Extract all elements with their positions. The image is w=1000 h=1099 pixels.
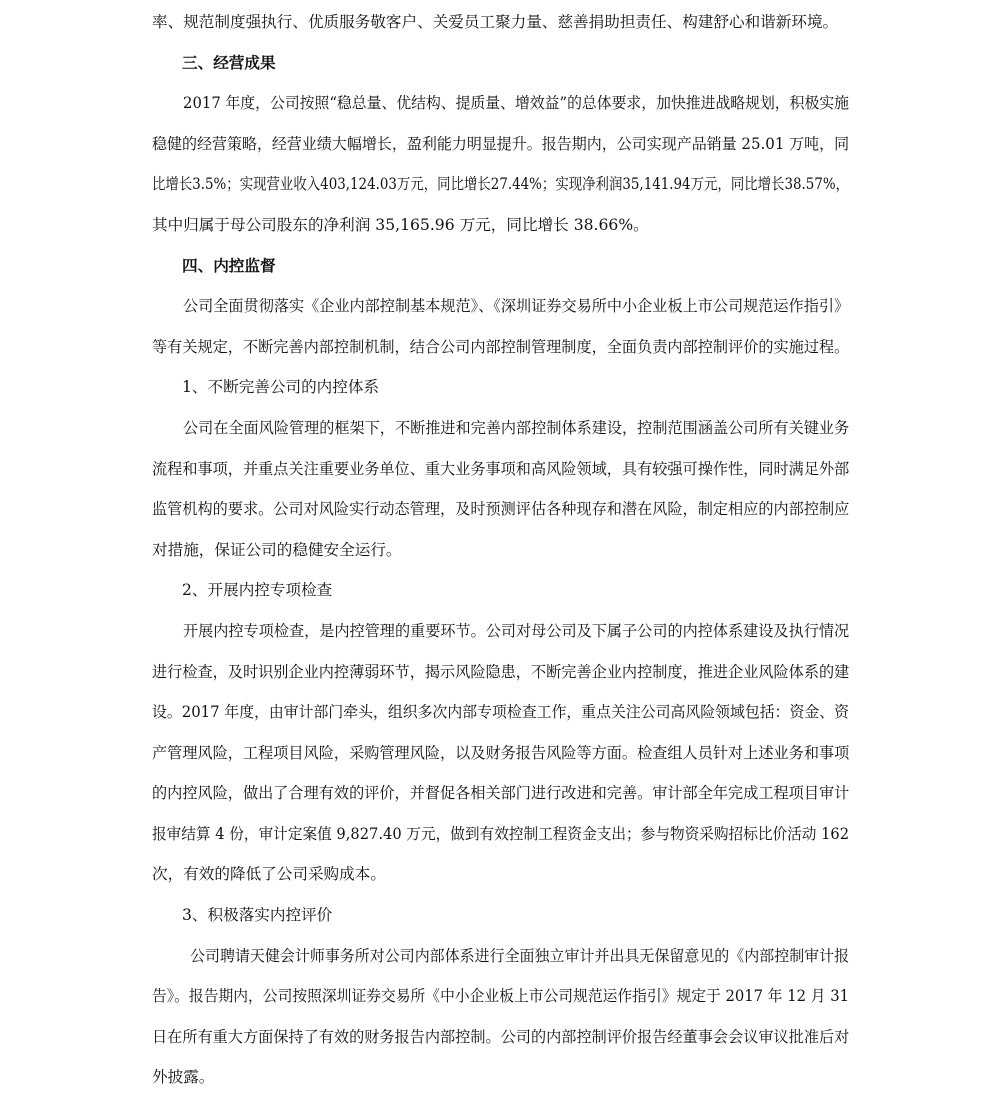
section-heading-internal-control: 四、内控监督: [152, 250, 849, 291]
section-heading-business-results: 三、经营成果: [152, 47, 849, 88]
paragraph-line: 2017 年度，公司按照“稳总量、优结构、提质量、增效益”的总体要求，加快推进战…: [152, 87, 849, 128]
internal-control-paragraph: 公司全面贯彻落实《企业内部控制基本规范》、《深圳证券交易所中小企业板上市公司规范…: [152, 290, 849, 371]
paragraph-line: 产管理风险，工程项目风险，采购管理风险，以及财务报告风险等方面。检查组人员针对上…: [152, 737, 849, 778]
paragraph-line: 公司全面贯彻落实《企业内部控制基本规范》、《深圳证券交易所中小企业板上市公司规范…: [152, 290, 849, 331]
paragraph-line: 告》。报告期内，公司按照深圳证券交易所《中小企业板上市公司规范运作指引》规定于 …: [152, 980, 849, 1021]
subsection-1-paragraph: 公司在全面风险管理的框架下，不断推进和完善内部控制体系建设，控制范围涵盖公司所有…: [152, 412, 849, 574]
paragraph-line: 日在所有重大方面保持了有效的财务报告内部控制。公司的内部控制评价报告经董事会会议…: [152, 1021, 849, 1062]
intro-tail-line: 率、规范制度强执行、优质服务敬客户、关爱员工聚力量、慈善捐助担责任、构建舒心和谐…: [152, 6, 849, 47]
paragraph-line: 稳健的经营策略，经营业绩大幅增长，盈利能力明显提升。报告期内，公司实现产品销量 …: [152, 128, 849, 169]
subsection-2-paragraph: 开展内控专项检查，是内控管理的重要环节。公司对母公司及下属子公司的内控体系建设及…: [152, 615, 849, 899]
paragraph-line: 次，有效的降低了公司采购成本。: [152, 858, 849, 899]
subsection-heading-2: 2、开展内控专项检查: [152, 574, 849, 615]
paragraph-line: 对措施，保证公司的稳健安全运行。: [152, 534, 849, 575]
paragraph-line: 公司在全面风险管理的框架下，不断推进和完善内部控制体系建设，控制范围涵盖公司所有…: [152, 412, 849, 453]
paragraph-line: 进行检查，及时识别企业内控薄弱环节，揭示风险隐患，不断完善企业内控制度，推进企业…: [152, 656, 849, 697]
paragraph-line: 公司聘请天健会计师事务所对公司内部体系进行全面独立审计并出具无保留意见的《内部控…: [152, 940, 849, 981]
paragraph-line: 外披露。: [152, 1061, 849, 1099]
paragraph-line: 的内控风险，做出了合理有效的评价，并督促各相关部门进行改进和完善。审计部全年完成…: [152, 777, 849, 818]
paragraph-line: 流程和事项，并重点关注重要业务单位、重大业务事项和高风险领域，具有较强可操作性，…: [152, 453, 849, 494]
business-results-paragraph: 2017 年度，公司按照“稳总量、优结构、提质量、增效益”的总体要求，加快推进战…: [152, 87, 849, 249]
paragraph-line: 监管机构的要求。公司对风险实行动态管理，及时预测评估各种现存和潜在风险，制定相应…: [152, 493, 849, 534]
subsection-heading-1: 1、不断完善公司的内控体系: [152, 371, 849, 412]
paragraph-line: 开展内控专项检查，是内控管理的重要环节。公司对母公司及下属子公司的内控体系建设及…: [152, 615, 849, 656]
paragraph-line: 等有关规定，不断完善内部控制机制，结合公司内部控制管理制度，全面负责内部控制评价…: [152, 331, 849, 372]
paragraph-line: 比增长3.5%；实现营业收入403,124.03万元，同比增长27.44%；实现…: [152, 168, 849, 209]
paragraph-line: 报审结算 4 份，审计定案值 9,827.40 万元，做到有效控制工程资金支出；…: [152, 818, 849, 859]
subsection-3-paragraph: 公司聘请天健会计师事务所对公司内部体系进行全面独立审计并出具无保留意见的《内部控…: [152, 940, 849, 1099]
document-page: 率、规范制度强执行、优质服务敬客户、关爱员工聚力量、慈善捐助担责任、构建舒心和谐…: [152, 6, 849, 1099]
paragraph-line: 设。2017 年度，由审计部门牵头，组织多次内部专项检查工作，重点关注公司高风险…: [152, 696, 849, 737]
paragraph-line: 其中归属于母公司股东的净利润 35,165.96 万元，同比增长 38.66%。: [152, 209, 849, 250]
subsection-heading-3: 3、积极落实内控评价: [152, 899, 849, 940]
